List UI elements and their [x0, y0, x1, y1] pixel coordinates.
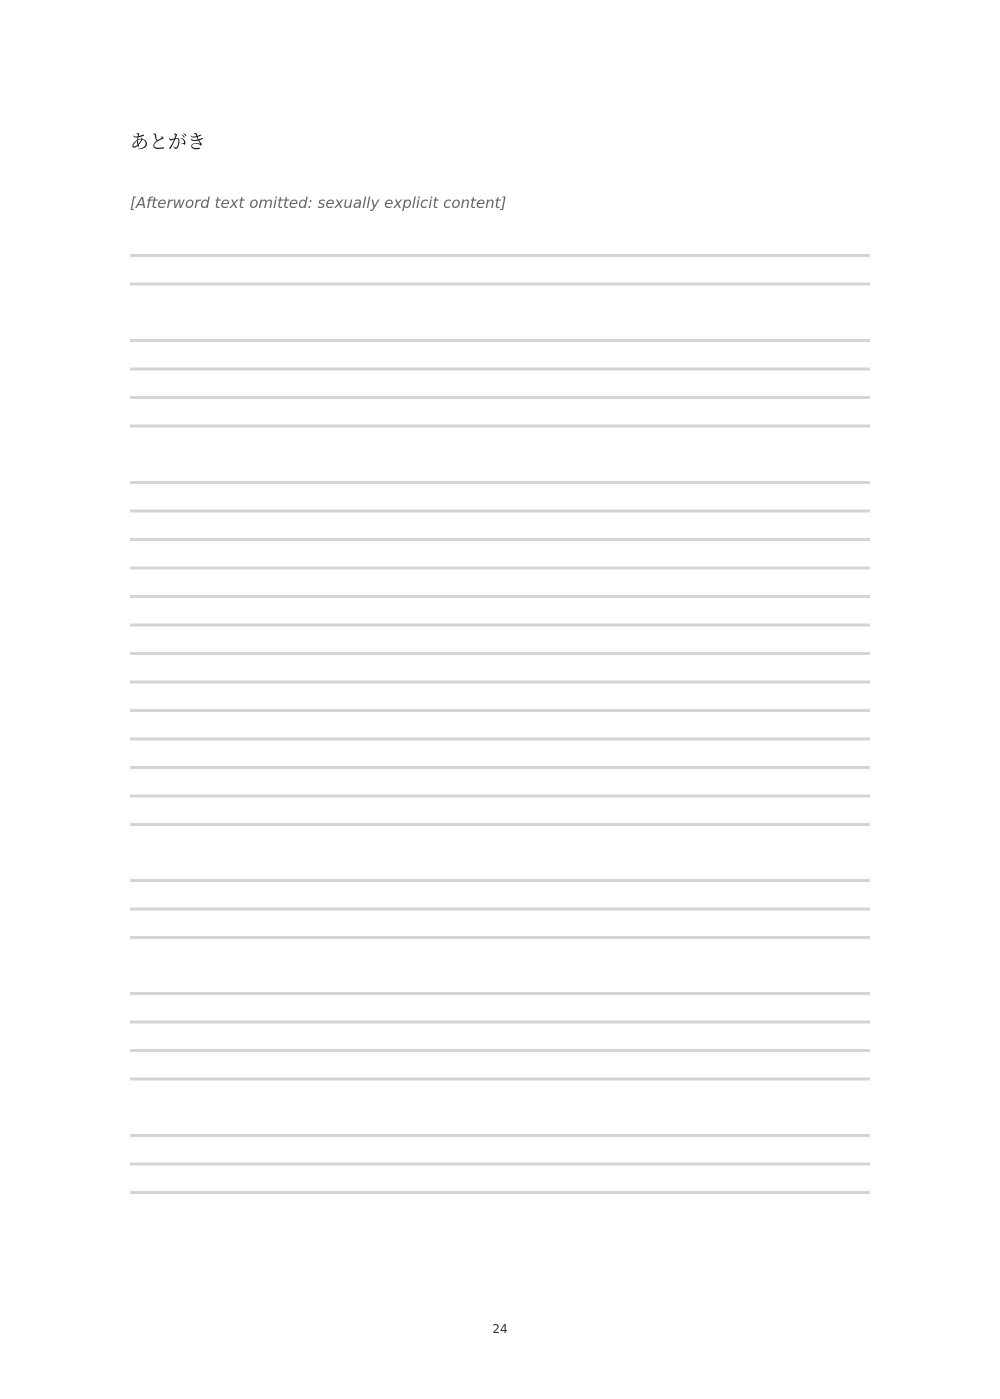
afterword-heading: あとがき — [130, 128, 870, 156]
paragraph-6 — [130, 1120, 870, 1205]
paragraph-5 — [130, 978, 870, 1092]
paragraph-2 — [130, 325, 870, 439]
afterword-page: あとがき [Afterword text omitted: sexually e… — [130, 128, 870, 1233]
omitted-content-note: [Afterword text omitted: sexually explic… — [130, 194, 870, 212]
paragraph-4 — [130, 865, 870, 950]
paragraph-1 — [130, 240, 870, 297]
page-number: 24 — [0, 1322, 1000, 1336]
paragraph-3 — [130, 467, 870, 837]
